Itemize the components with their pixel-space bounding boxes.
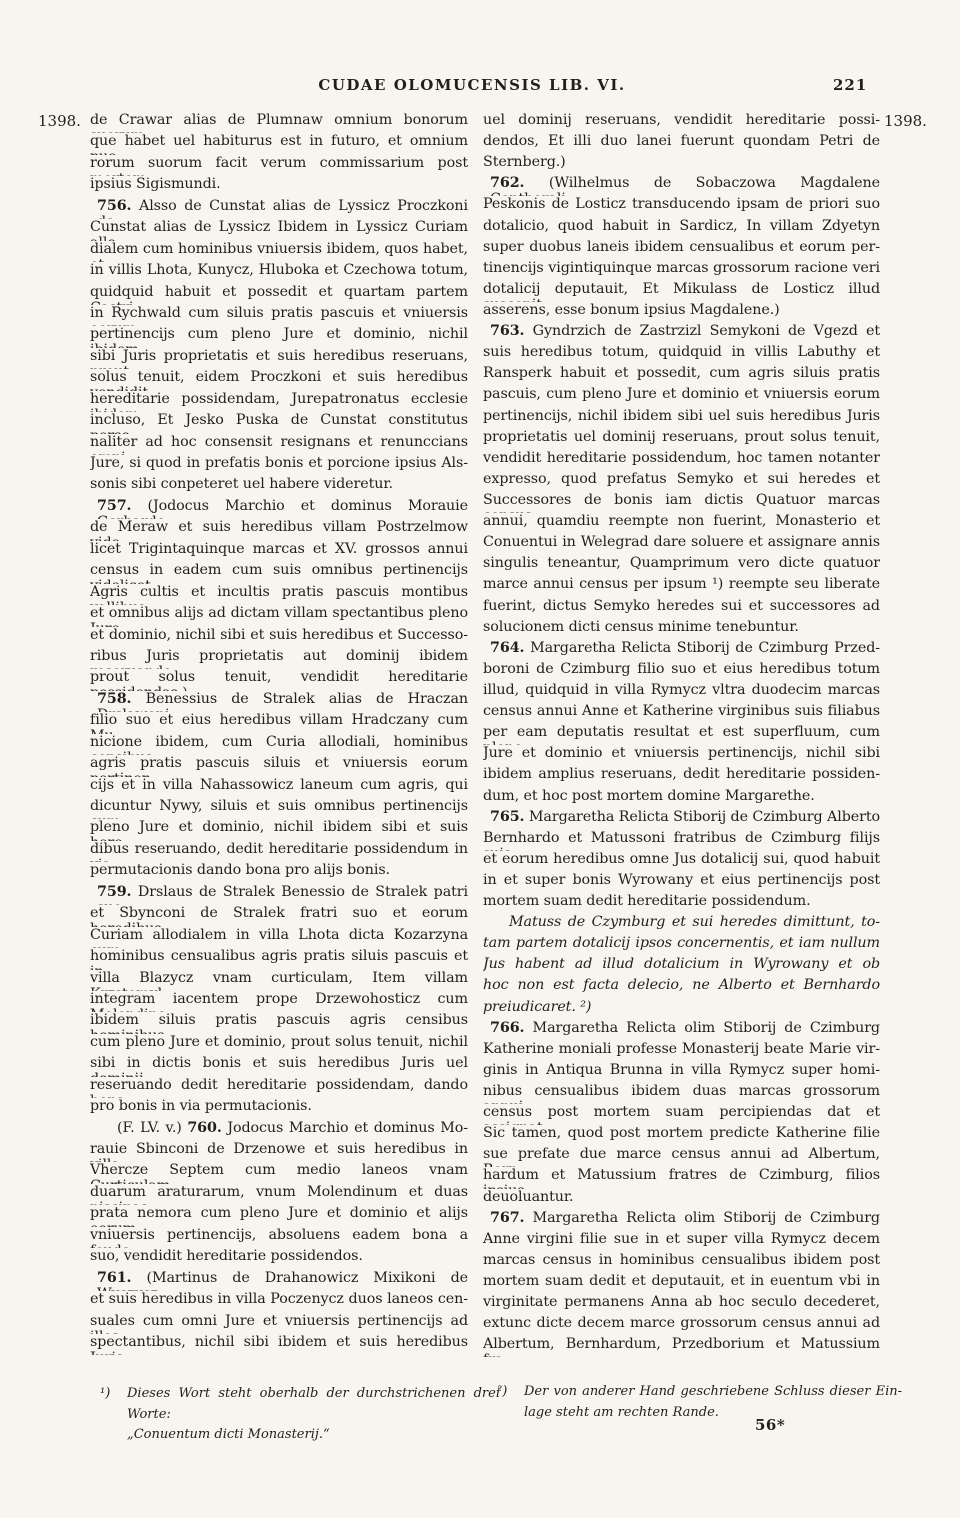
entry-number: 759. [97,884,131,900]
text-line: Anne virgini filie sue in et super villa… [483,1231,880,1252]
text-line: filio suo et eius heredibus villam Hradc… [90,712,468,733]
text-line: in et super bonis Wyrowany et eius perti… [483,872,880,893]
entry-number: 764. [490,640,524,656]
text-line: 764. Margaretha Relicta Stiborij de Czim… [483,640,880,661]
text-line: hoc non est facta delecio, ne Alberto et… [483,977,880,998]
text-line: dendos, Et illi duo lanei fuerunt quonda… [483,133,880,154]
text-line: Ransperk habuit et possedit, cum agris s… [483,365,880,386]
footnote-line: „Conuentum dicti Monasterij.“ [127,1425,500,1446]
footnote-line: lage steht am rechten Rande. [524,1403,902,1424]
entry-first-line-text: (Jodocus Marchio et dominus Morauie Gerh… [97,498,468,519]
entry-756: 756. Alsso de Cunstat alias de Lyssicz P… [90,198,468,498]
text-line: per eam deputatis resultat et est superf… [483,724,880,745]
footnote-marker: ¹) [100,1384,127,1405]
footnote-text: Der von anderer Hand geschriebene Schlus… [524,1384,902,1399]
book-page: CUDAE OLOMUCENSIS LIB. VI. 221 1398. 139… [0,0,960,1518]
entry-first-line-text: Gyndrzich de Zastrzizl Semykoni de Vgezd… [524,323,880,339]
entry-number: 761. [97,1270,131,1286]
text-line: sue prefate due marce census annui ad Al… [483,1146,880,1167]
entry-number: 757. [97,498,131,514]
text-line: pleno Jure et dominio, nichil ibidem sib… [90,819,468,840]
text-line: Jure et dominio et vniuersis pertinencij… [483,745,880,766]
text-line: solus tenuit, eidem Proczkoni et suis he… [90,369,468,390]
entry-number: 762. [490,175,524,191]
text-line: dum, et hoc post mortem domine Margareth… [483,788,880,809]
entry-number: 758. [97,691,131,707]
text-line: ginis in Antiqua Brunna in villa Rymycz … [483,1062,880,1083]
footnote-1: ¹)Dieses Wort steht oberhalb der durchst… [100,1384,500,1446]
text-line: 763. Gyndrzich de Zastrzizl Semykoni de … [483,323,880,344]
text-line: marce annui census per ipsum ¹) reempte … [483,576,880,597]
text-line: Albertum, Bernhardum, Przedborium et Mat… [483,1336,880,1357]
margin-year-left: 1398. [38,112,81,130]
text-line: et dominio, nichil sibi et suis heredibu… [90,627,468,648]
entry-765: 765. Margaretha Relicta Stiborij de Czim… [483,809,880,915]
text-line: preiudicaret. ²) [483,999,880,1020]
text-line: et Sbynconi de Stralek fratri suo et eor… [90,905,468,926]
margin-year-right: 1398. [884,112,927,130]
text-line: annui, quamdiu reempte non fuerint, Mona… [483,513,880,534]
entry-number: 766. [490,1020,524,1036]
text-line: Cunstat alias de Lyssicz Ibidem in Lyssi… [90,219,468,240]
text-line: ipsius Sigismundi. [90,176,468,197]
column-left: de Crawar alias de Plumnaw omnium bonoru… [90,112,468,1355]
text-line: rauie Sbinconi de Drzenowe et suis hered… [90,1141,468,1162]
text-line: census post mortem suam percipiendas dat… [483,1104,880,1125]
text-line: vendidit hereditarie possidendum, hoc ta… [483,450,880,471]
footnote-marker: ²) [497,1382,524,1403]
text-line: Jus habent ad illud dotalicium in Wyrowa… [483,956,880,977]
text-line: rorum suorum facit verum commissarium po… [90,155,468,176]
column-right: uel dominij reseruans, vendidit heredita… [483,112,880,1357]
text-line: Conuentui in Welegrad dare soluere et as… [483,534,880,555]
text-line: et eorum heredibus omne Jus dotalicij su… [483,851,880,872]
entry-marginal-note-italic: Matuss de Czymburg et sui heredes dimitt… [483,914,880,1020]
entry-first-line-text: (Martinus de Drahanowicz Mixikoni de Wyc… [97,1270,468,1291]
text-line: sibi in dictis bonis et suis heredibus J… [90,1055,468,1076]
text-line: 758. Benessius de Stralek alias de Hracz… [90,691,468,712]
text-line: et omnibus alijs ad dictam villam specta… [90,605,468,626]
text-line: Jure, si quod in prefatis bonis et porci… [90,455,468,476]
text-line: pertinencijs cum pleno Jure et dominio, … [90,326,468,347]
entry-762: 762. (Wilhelmus de Sobaczowa Magdalene C… [483,175,880,323]
entry-761-continuation: uel dominij reseruans, vendidit heredita… [483,112,880,175]
text-line: spectantibus, nichil sibi ibidem et suis… [90,1334,468,1355]
entry-764: 764. Margaretha Relicta Stiborij de Czim… [483,640,880,809]
text-line: hominibus censualibus agris pratis silui… [90,948,468,969]
text-line: singulis teneantur, Quamprimum vero dict… [483,555,880,576]
entry-760: (F. LV. v.) 760. Jodocus Marchio et domi… [90,1120,468,1270]
footnote-text: Dieses Wort steht oberhalb der durchstri… [127,1386,500,1422]
entry-first-line-text: Drslaus de Stralek Benessio de Stralek p… [97,884,468,905]
text-line: fuerint, dictus Semyko heredes sui et su… [483,598,880,619]
text-line: Sternberg.) [483,154,880,175]
text-line: cijs et in villa Nahassowicz laneum cum … [90,777,468,798]
text-line: suis heredibus totum, quidquid in villis… [483,344,880,365]
text-line: in Rychwald cum siluis pratis pascuis et… [90,305,468,326]
text-line: sonis sibi conpeteret uel habere videret… [90,476,468,497]
text-line: virginitate permanens Anna ab hoc seculo… [483,1294,880,1315]
text-line: census annui Anne et Katherine virginibu… [483,703,880,724]
entry-763: 763. Gyndrzich de Zastrzizl Semykoni de … [483,323,880,640]
text-line: hardum et Matussium fratres de Czimburg,… [483,1167,880,1188]
footnote-line: ¹)Dieses Wort steht oberhalb der durchst… [127,1384,500,1425]
text-line: 761. (Martinus de Drahanowicz Mixikoni d… [90,1270,468,1291]
text-line: cum pleno Jure et dominio, prout solus t… [90,1034,468,1055]
text-line: agris pratis pascuis siluis et vniuersis… [90,755,468,776]
text-line: 767. Margaretha Relicta olim Stiborij de… [483,1210,880,1231]
text-line: solucionem dicti census minime tenebuntu… [483,619,880,640]
text-line: de Meraw et suis heredibus villam Postrz… [90,519,468,540]
text-line: extunc dicte decem marce grossorum censu… [483,1315,880,1336]
text-line: integram iacentem prope Drzewohosticz cu… [90,991,468,1012]
text-line: suales cum omni Jure et vniuersis pertin… [90,1313,468,1334]
text-line: 765. Margaretha Relicta Stiborij de Czim… [483,809,880,830]
entry-first-line-text: Benessius de Stralek alias de Hraczan Dr… [97,691,468,712]
text-line: Matuss de Czymburg et sui heredes dimitt… [483,914,880,935]
text-line: naliter ad hoc consensit resignans et re… [90,434,468,455]
text-line: permutacionis dando bona pro alijs bonis… [90,862,468,883]
entry-number: 763. [490,323,524,339]
text-line: in villis Lhota, Kunycz, Hluboka et Czec… [90,262,468,283]
text-line: Sic tamen, quod post mortem predicte Kat… [483,1125,880,1146]
text-line: dialem cum hominibus vniuersis ibidem, q… [90,241,468,262]
footnote-line: ²)Der von anderer Hand geschriebene Schl… [524,1382,902,1403]
text-line: pro bonis in via permutacionis. [90,1098,468,1119]
text-line: ibidem siluis pratis pascuis agris censi… [90,1012,468,1033]
entry-first-line-text: Margaretha Relicta olim Stiborij de Czim… [524,1020,880,1036]
text-line: uel dominij reseruans, vendidit heredita… [483,112,880,133]
entry-761: 761. (Martinus de Drahanowicz Mixikoni d… [90,1270,468,1356]
entry-766: 766. Margaretha Relicta olim Stiborij de… [483,1020,880,1210]
text-line: 762. (Wilhelmus de Sobaczowa Magdalene C… [483,175,880,196]
text-line: Bernhardo et Matussoni fratribus de Czim… [483,830,880,851]
text-line: que habet uel habiturus est in futuro, e… [90,133,468,154]
text-line: 759. Drslaus de Stralek Benessio de Stra… [90,884,468,905]
text-line: illud, quidquid in villa Rymycz vltra du… [483,682,880,703]
page-number: 221 [833,76,867,94]
text-line: 757. (Jodocus Marchio et dominus Morauie… [90,498,468,519]
text-line: incluso, Et Jesko Puska de Cunstat const… [90,412,468,433]
text-line: ibidem amplius reseruans, dedit heredita… [483,766,880,787]
text-line: census in eadem cum suis omnibus pertine… [90,562,468,583]
text-line: (F. LV. v.) 760. Jodocus Marchio et domi… [90,1120,468,1141]
entry-first-line-text: Jodocus Marchio et dominus Mo- [222,1120,468,1136]
text-line: prout solus tenuit, vendidit hereditarie… [90,669,468,690]
text-line: Vhercze Septem cum medio laneos vnam Cur… [90,1162,468,1183]
entry-first-line-text: Margaretha Relicta olim Stiborij de Czim… [524,1210,880,1226]
text-line: hereditarie possidendam, Jurepatronatus … [90,391,468,412]
entry-759: 759. Drslaus de Stralek Benessio de Stra… [90,884,468,1120]
text-line: deuoluantur. [483,1189,880,1210]
text-line: dicuntur Nywy, siluis et suis omnibus pe… [90,798,468,819]
text-line: tam partem dotalicij ipsos concernentis,… [483,935,880,956]
entry-number: 765. [490,809,524,825]
text-line: suo, vendidit hereditarie possidendos. [90,1248,468,1269]
entry-758: 758. Benessius de Stralek alias de Hracz… [90,691,468,884]
text-line: proprietatis uel dominij reseruans, prou… [483,429,880,450]
text-line: prata nemora cum pleno Jure et dominio e… [90,1205,468,1226]
text-line: sibi Juris proprietatis et suis heredibu… [90,348,468,369]
text-line: boroni de Czimburg filio suo et eius her… [483,661,880,682]
text-line: reseruando dedit hereditarie possidendam… [90,1077,468,1098]
text-line: duarum araturarum, vnum Molendinum et du… [90,1184,468,1205]
text-line: Curiam allodialem in villa Lhota dicta K… [90,927,468,948]
entry-number: 756. [97,198,131,214]
text-line: Agris cultis et incultis pratis pascuis … [90,584,468,605]
text-line: dotalicio, quod habuit in Sardicz, In vi… [483,218,880,239]
text-line: marcas census in hominibus censualibus i… [483,1252,880,1273]
text-line: mortem suam dedit et deputauit, et in eu… [483,1273,880,1294]
text-line: Peskonis de Losticz transducendo ipsam d… [483,196,880,217]
text-line: licet Trigintaquinque marcas et XV. gros… [90,541,468,562]
text-line: et suis heredibus in villa Poczenycz duo… [90,1291,468,1312]
text-line: expresso, quod prefatus Semyko et sui he… [483,471,880,492]
text-line: super duobus laneis ibidem censualibus e… [483,239,880,260]
text-line: de Crawar alias de Plumnaw omnium bonoru… [90,112,468,133]
text-line: dotalicij deputauit, Et Mikulass de Lost… [483,281,880,302]
text-line: quidquid habuit et possedit et quartam p… [90,284,468,305]
text-line: asserens, esse bonum ipsius Magdalene.) [483,302,880,323]
entry-757: 757. (Jodocus Marchio et dominus Morauie… [90,498,468,691]
running-head-title: CUDAE OLOMUCENSIS LIB. VI. [0,76,944,94]
entry-number: 760. [187,1120,221,1136]
text-line: 766. Margaretha Relicta olim Stiborij de… [483,1020,880,1041]
text-line: pascuis, cum pleno Jure et dominio et vn… [483,386,880,407]
folio-reference: (F. LV. v.) [117,1120,187,1136]
text-line: pertinencijs, nichil ibidem sibi uel sui… [483,408,880,429]
text-line: tinencijs vigintiquinque marcas grossoru… [483,260,880,281]
entry-continuation-from-previous-page: de Crawar alias de Plumnaw omnium bonoru… [90,112,468,198]
text-line: dibus reseruando, dedit hereditarie poss… [90,841,468,862]
text-line: villa Blazycz vnam curticulam, Item vill… [90,970,468,991]
text-line: Successores de bonis iam dictis Quatuor … [483,492,880,513]
entry-first-line-text: Margaretha Relicta Stiborij de Czimburg … [524,809,880,825]
footnote-2: ²)Der von anderer Hand geschriebene Schl… [497,1382,902,1423]
entry-first-line-text: (Wilhelmus de Sobaczowa Magdalene Contho… [490,175,880,196]
text-line: Katherine moniali professe Monasterij be… [483,1041,880,1062]
text-line: nicione ibidem, cum Curia allodiali, hom… [90,734,468,755]
entry-first-line-text: Alsso de Cunstat alias de Lyssicz Proczk… [97,198,468,219]
entry-number: 767. [490,1210,524,1226]
text-line: vniuersis pertinencijs, absoluens eadem … [90,1227,468,1248]
entry-first-line-text: Margaretha Relicta Stiborij de Czimburg … [524,640,880,656]
text-line: mortem suam dedit hereditarie possidendu… [483,893,880,914]
text-line: nibus censualibus ibidem duas marcas gro… [483,1083,880,1104]
text-line: ribus Juris proprietatis aut dominij ibi… [90,648,468,669]
text-line: 756. Alsso de Cunstat alias de Lyssicz P… [90,198,468,219]
entry-767: 767. Margaretha Relicta olim Stiborij de… [483,1210,880,1358]
